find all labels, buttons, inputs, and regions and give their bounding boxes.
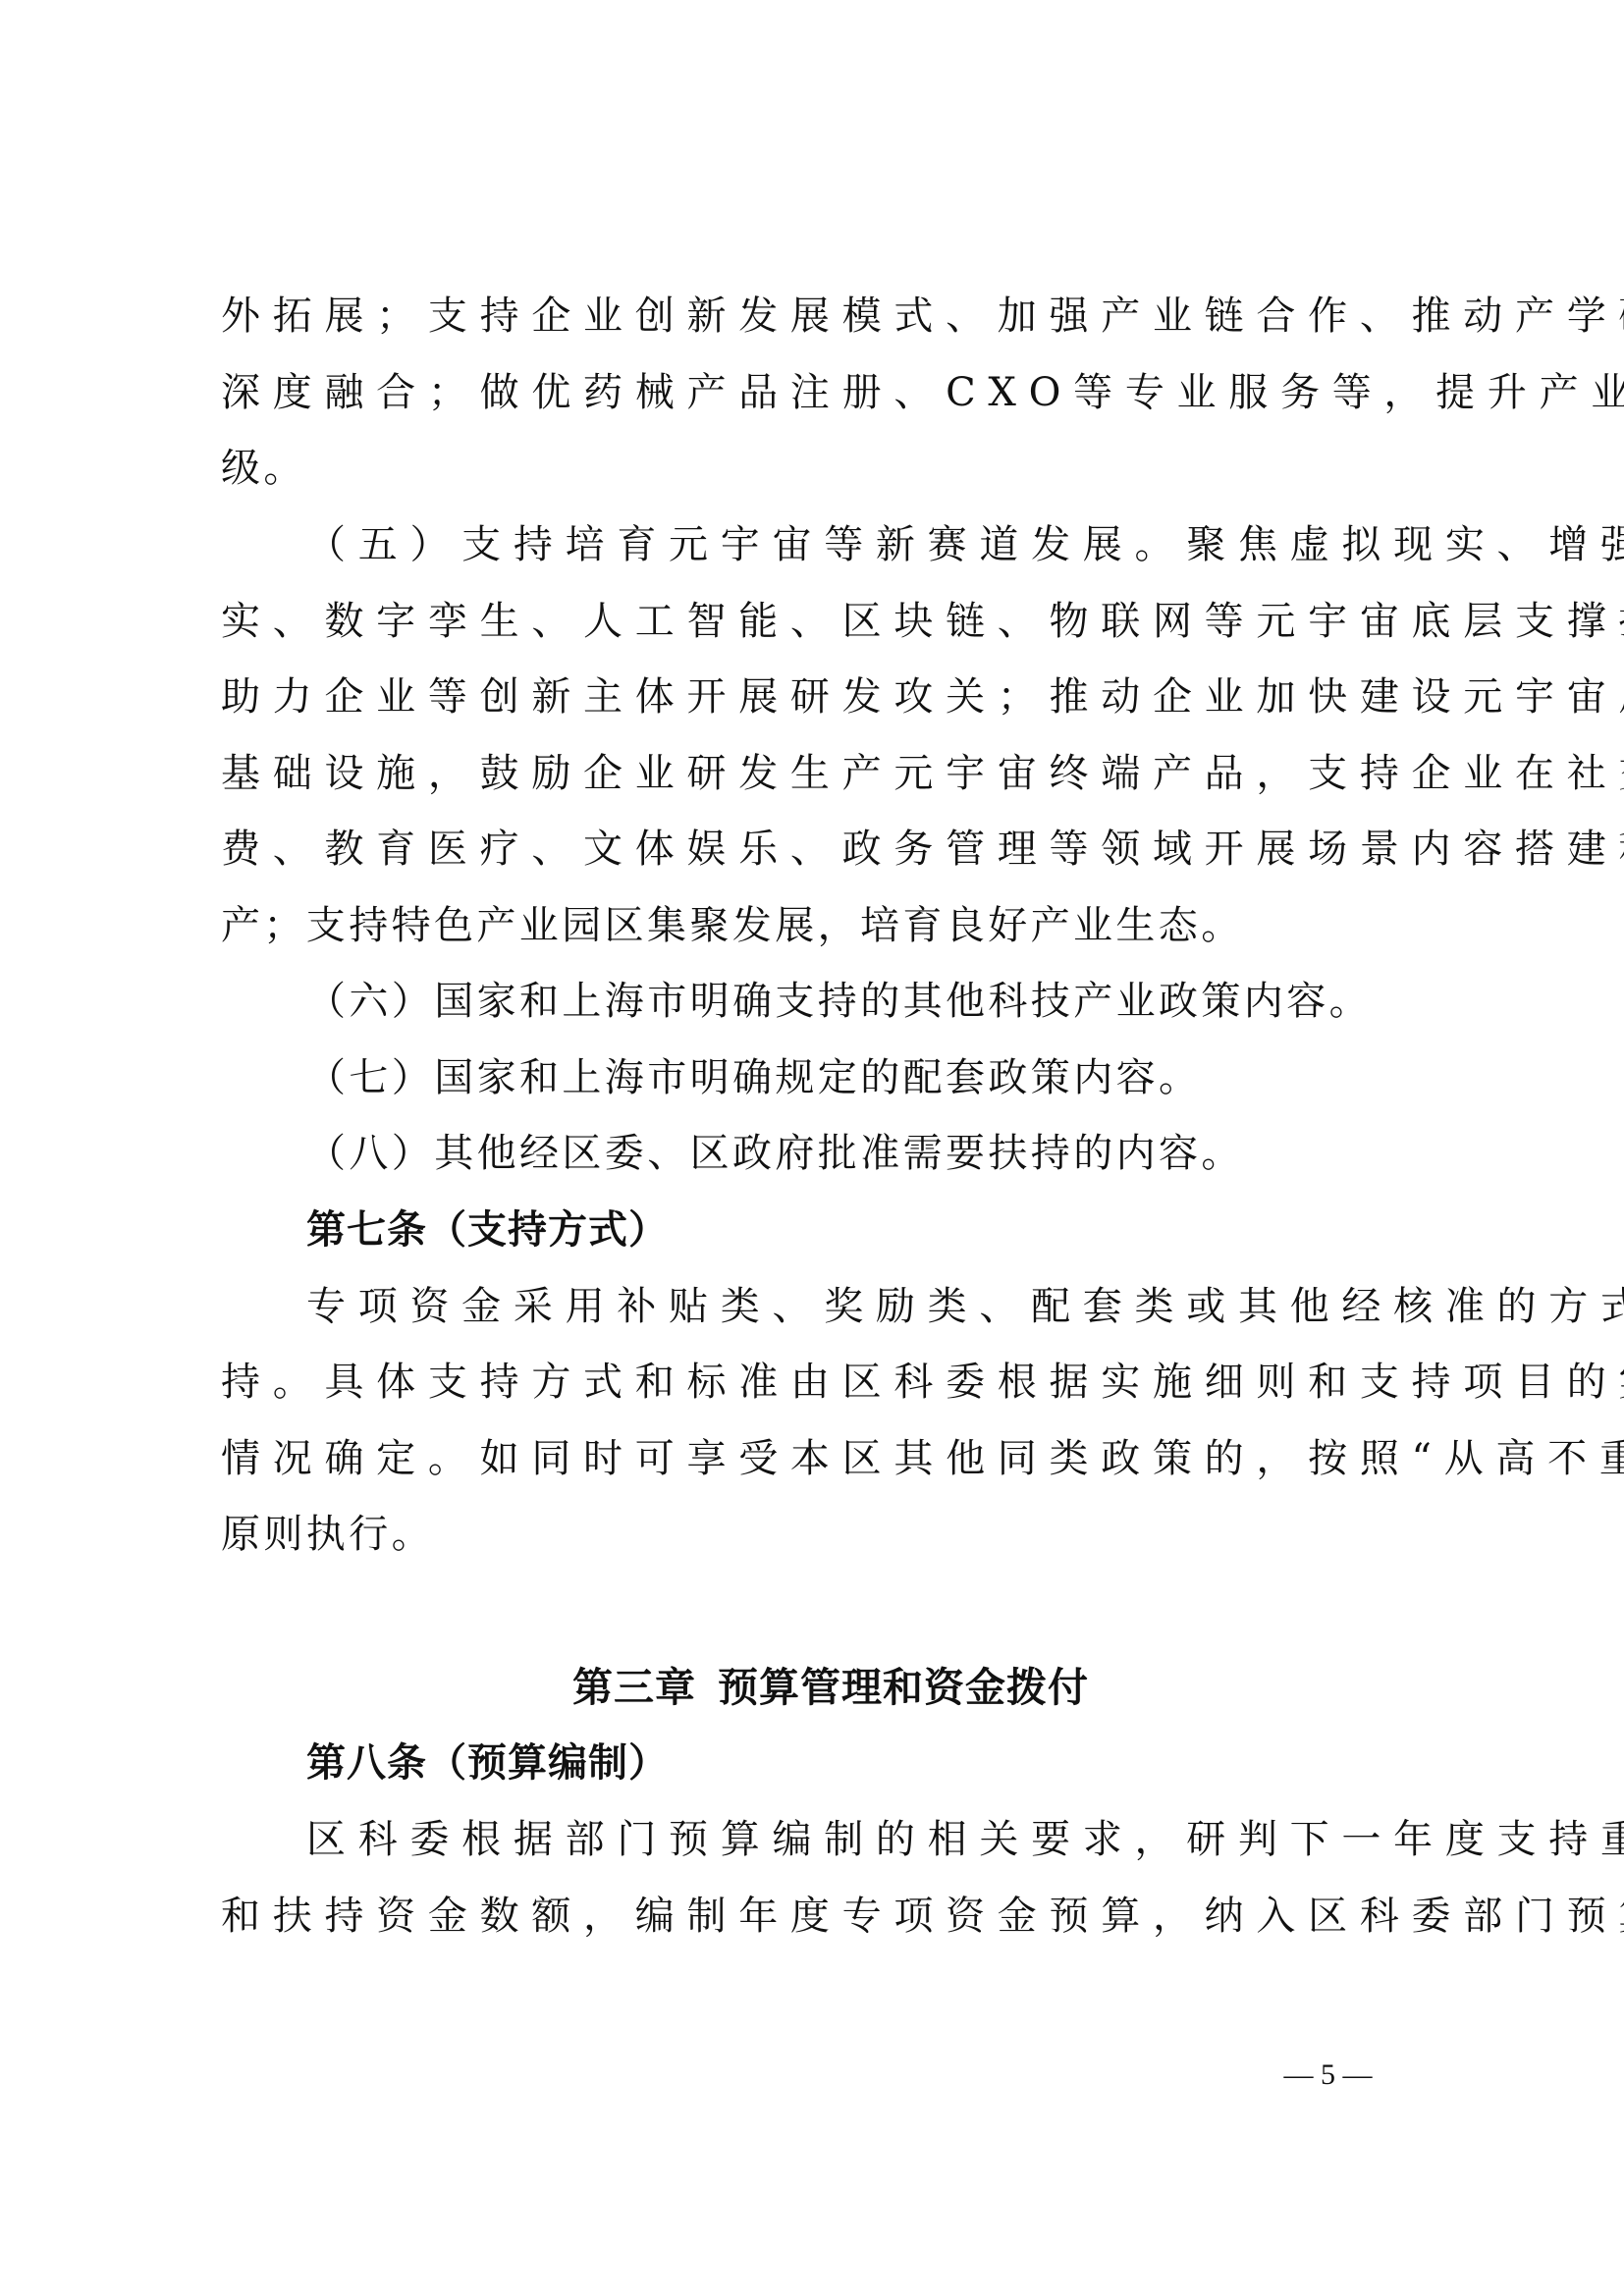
list-item-5-line: 产；支持特色产业园区集聚发展，培育良好产业生态。 bbox=[221, 902, 1421, 949]
chapter-heading: 第三章预算管理和资金拨付 bbox=[221, 1663, 1421, 1712]
article-8-line: 和 扶 持 资 金 数 额 ， 编 制 年 度 专 项 资 金 预 算 ， 纳 … bbox=[221, 1893, 1421, 1940]
article-8-heading: 第八条（预算编制） bbox=[221, 1739, 1421, 1787]
chapter-title: 预算管理和资金拨付 bbox=[718, 1664, 1089, 1711]
paragraph-line: 深 度 融 合 ； 做 优 药 械 产 品 注 册 、 C X O 等 专 业 … bbox=[221, 369, 1421, 416]
paragraph-line: 外 拓 展 ； 支 持 企 业 创 新 发 展 模 式 、 加 强 产 业 链 … bbox=[221, 293, 1421, 340]
list-item-5-line: 助 力 企 业 等 创 新 主 体 开 展 研 发 攻 关 ； 推 动 企 业 … bbox=[221, 673, 1421, 721]
article-7-line: 情 况 确 定 。 如 同 时 可 享 受 本 区 其 他 同 类 政 策 的 … bbox=[221, 1435, 1421, 1482]
list-item-5-line: 费 、 教 育 医 疗 、 文 体 娱 乐 、 政 务 管 理 等 领 域 开 … bbox=[221, 826, 1421, 873]
chapter-number: 第三章 bbox=[572, 1664, 696, 1711]
list-item-7: （七）国家和上海市明确规定的配套政策内容。 bbox=[221, 1054, 1421, 1101]
list-item-5-line: 基 础 设 施 ， 鼓 励 企 业 研 发 生 产 元 宇 宙 终 端 产 品 … bbox=[221, 750, 1421, 797]
article-8-line: 区 科 委 根 据 部 门 预 算 编 制 的 相 关 要 求 ， 研 判 下 … bbox=[221, 1816, 1421, 1863]
article-7-line: 专 项 资 金 采 用 补 贴 类 、 奖 励 类 、 配 套 类 或 其 他 … bbox=[221, 1283, 1421, 1330]
list-item-8: （八）其他经区委、区政府批准需要扶持的内容。 bbox=[221, 1130, 1421, 1177]
list-item-5-line: （ 五 ） 支 持 培 育 元 宇 宙 等 新 赛 道 发 展 。 聚 焦 虚 … bbox=[221, 521, 1421, 568]
list-item-5-line: 实 、 数 字 孪 生 、 人 工 智 能 、 区 块 链 、 物 联 网 等 … bbox=[221, 598, 1421, 645]
article-7-line: 原则执行。 bbox=[221, 1511, 1421, 1558]
article-7-heading: 第七条（支持方式） bbox=[221, 1206, 1421, 1254]
article-7-line: 持 。 具 体 支 持 方 式 和 标 准 由 区 科 委 根 据 实 施 细 … bbox=[221, 1359, 1421, 1406]
page-number: — 5 — bbox=[1257, 2057, 1399, 2093]
list-item-6: （六）国家和上海市明确支持的其他科技产业政策内容。 bbox=[221, 978, 1421, 1025]
document-page: 外 拓 展 ； 支 持 企 业 创 新 发 展 模 式 、 加 强 产 业 链 … bbox=[0, 0, 1624, 2296]
paragraph-line: 级。 bbox=[221, 445, 1421, 492]
